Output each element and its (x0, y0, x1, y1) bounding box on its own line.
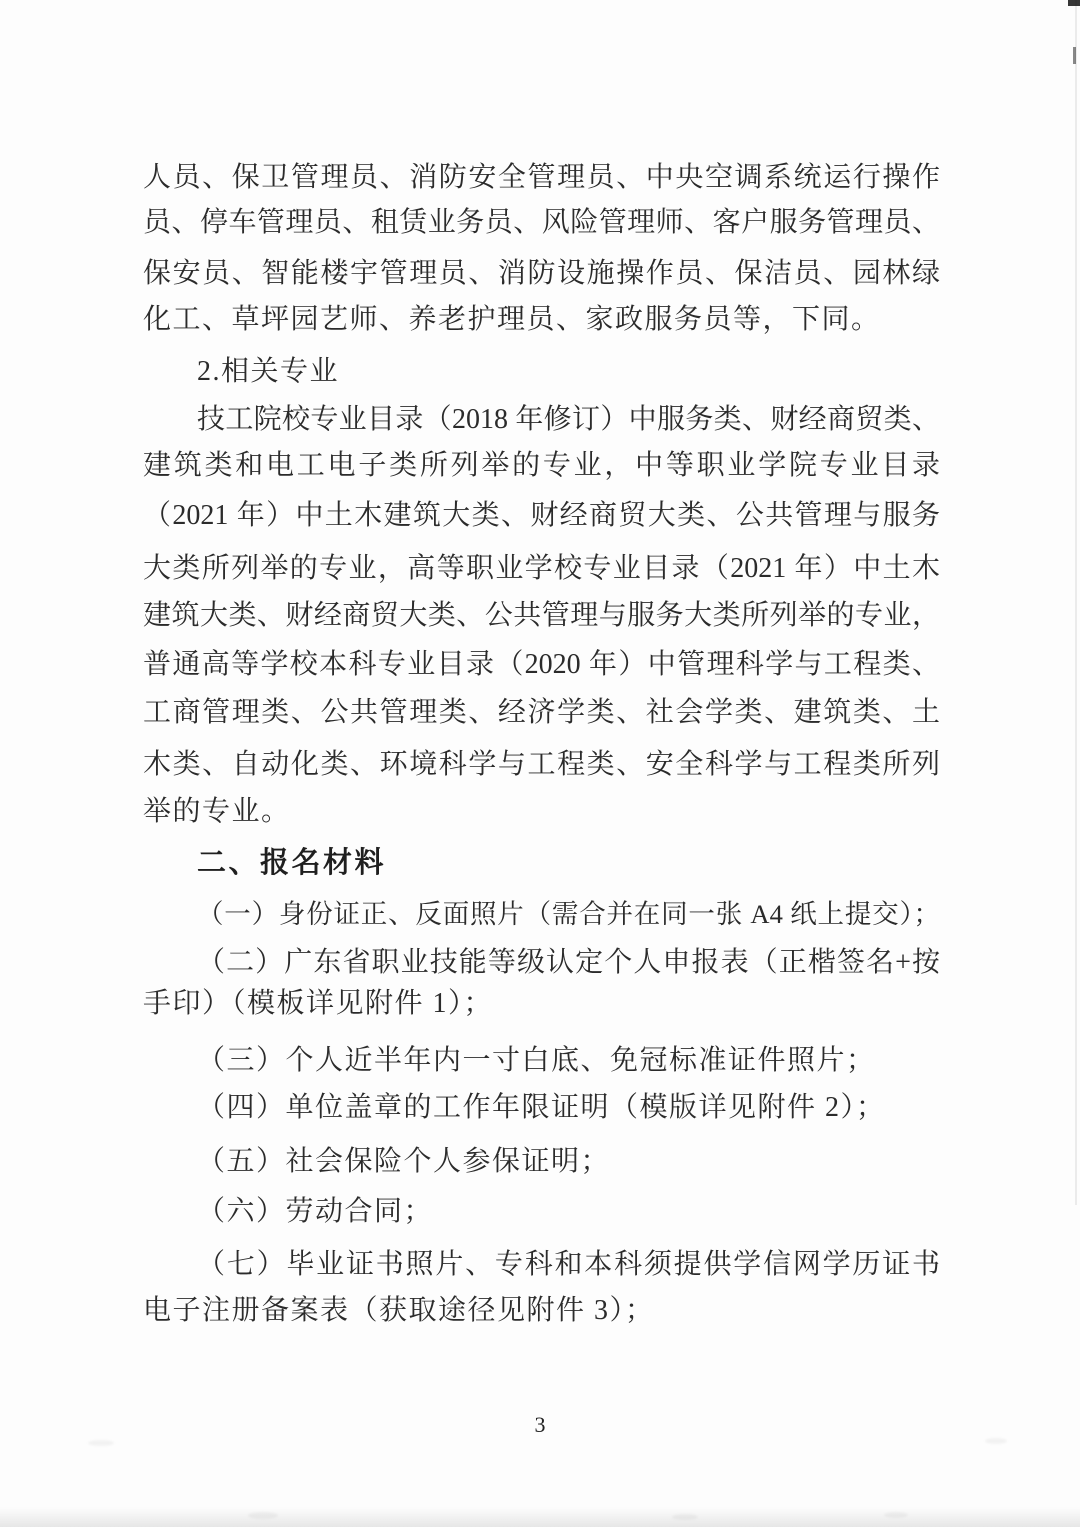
majors-line-5: 建筑大类、财经商贸大类、公共管理与服务大类所列举的专业， (143, 592, 940, 640)
material-item-3: （三）个人近半年内一寸白底、免冠标准证件照片； (143, 1037, 940, 1085)
occupations-line-3: 保安员、智能楼宇管理员、消防设施操作员、保洁员、园林绿 (143, 250, 940, 298)
material-item-7-line-1: （七）毕业证书照片、专科和本科须提供学信网学历证书 (143, 1241, 940, 1289)
occupations-line-4: 化工、草坪园艺师、养老护理员、家政服务员等，下同。 (143, 296, 940, 344)
material-item-7-line-2: 电子注册备案表（获取途径见附件 3）； (143, 1287, 940, 1335)
occupations-line-1: 人员、保卫管理员、消防安全管理员、中央空调系统运行操作 (143, 154, 940, 202)
scan-smudge (88, 1440, 114, 1446)
majors-line-6: 普通高等学校本科专业目录（2020 年）中管理科学与工程类、 (143, 641, 940, 689)
page-number: 3 (0, 1402, 1080, 1448)
majors-line-7: 工商管理类、公共管理类、经济学类、社会学类、建筑类、土 (143, 689, 940, 737)
scan-edge-mark (1073, 47, 1076, 64)
section-heading-materials: 二、报名材料 (143, 839, 940, 887)
majors-line-1: 技工院校专业目录（2018 年修订）中服务类、财经商贸类、 (143, 396, 940, 444)
scan-corner-mark (1068, 0, 1080, 6)
majors-line-4: 大类所列举的专业，高等职业学校专业目录（2021 年）中土木 (143, 545, 940, 593)
document-page: 人员、保卫管理员、消防安全管理员、中央空调系统运行操作 员、停车管理员、租赁业务… (0, 0, 1080, 1527)
majors-line-8: 木类、自动化类、环境科学与工程类、安全科学与工程类所列 (143, 741, 940, 789)
majors-line-3: （2021 年）中土木建筑大类、财经商贸大类、公共管理与服务 (143, 492, 940, 540)
scan-edge-line (1075, 0, 1077, 1205)
material-item-6: （六）劳动合同； (143, 1188, 940, 1236)
scan-smudge (985, 1438, 1007, 1444)
majors-line-9: 举的专业。 (143, 788, 940, 836)
occupations-line-2: 员、停车管理员、租赁业务员、风险管理师、客户服务管理员、 (143, 199, 940, 247)
majors-line-2: 建筑类和电工电子类所列举的专业，中等职业学院专业目录 (143, 442, 940, 490)
scan-bottom-shadow (0, 1507, 1080, 1527)
material-item-2-line-2: 手印）（模板详见附件 1）； (143, 980, 940, 1028)
subheading-related-majors: 2.相关专业 (143, 348, 940, 396)
material-item-1: （一）身份证正、反面照片（需合并在同一张 A4 纸上提交）； (143, 890, 940, 938)
material-item-4: （四）单位盖章的工作年限证明（模版详见附件 2）； (143, 1084, 940, 1132)
material-item-5: （五）社会保险个人参保证明； (143, 1138, 940, 1186)
